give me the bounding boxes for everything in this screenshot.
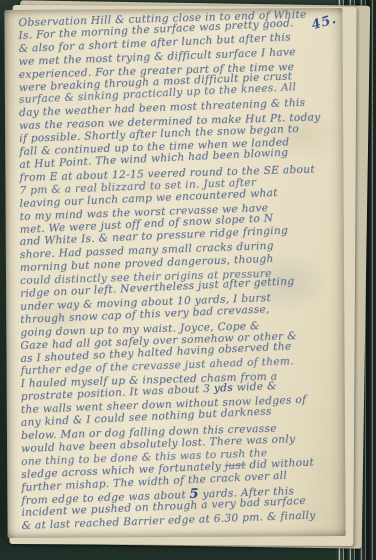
text-segment: yds (214, 382, 234, 395)
handwriting-text: Observation Hill & cutting close in to e… (18, 15, 341, 533)
notebook-photo: 45. Observation Hill & cutting close in … (0, 0, 376, 560)
text-segment: just (224, 459, 246, 472)
diary-page: 45. Observation Hill & cutting close in … (4, 8, 345, 538)
text-segment: wide & (233, 380, 277, 394)
